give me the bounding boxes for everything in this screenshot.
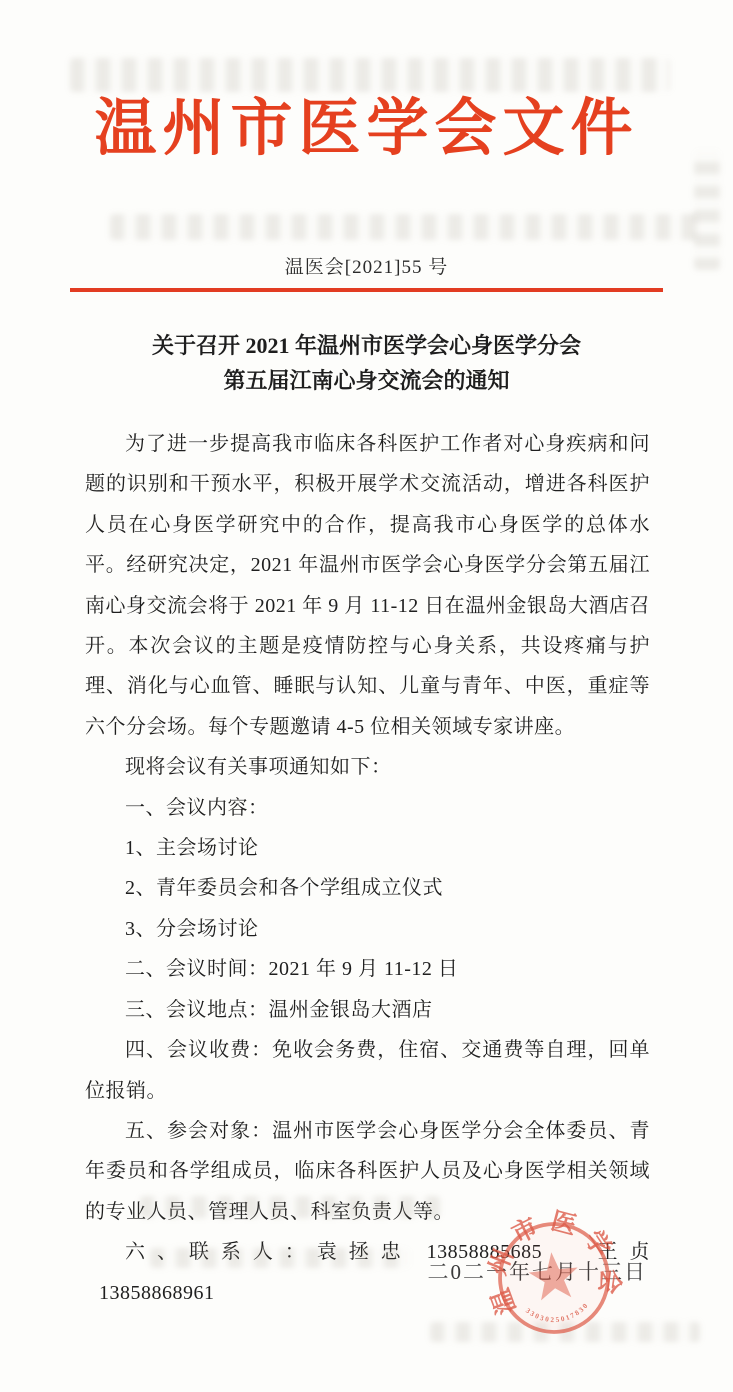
- body-paragraph: 2、青年委员会和各个学组成立仪式: [85, 868, 650, 908]
- document-page: 温州市医学会文件 温医会[2021]55 号 关于召开 2021 年温州市医学会…: [0, 0, 733, 1392]
- document-title-line2: 第五届江南心身交流会的通知: [0, 363, 733, 398]
- document-title: 关于召开 2021 年温州市医学会心身医学分会 第五届江南心身交流会的通知: [0, 328, 733, 398]
- official-seal: 温州市医学会 3303025017830: [470, 1194, 637, 1361]
- body-paragraph: 三、会议地点：温州金银岛大酒店: [85, 990, 650, 1030]
- body-paragraph: 3、分会场讨论: [85, 909, 650, 949]
- scan-artifact: [110, 214, 700, 240]
- red-divider-line: [70, 288, 663, 292]
- contact-name: 袁拯忠: [317, 1241, 413, 1263]
- document-title-line1: 关于召开 2021 年温州市医学会心身医学分会: [0, 328, 733, 363]
- body-paragraph: 二、会议时间：2021 年 9 月 11-12 日: [85, 949, 650, 989]
- document-header-title: 温州市医学会文件: [0, 0, 733, 160]
- doc-number: 温医会[2021]55 号: [0, 252, 733, 279]
- body-paragraph: 现将会议有关事项通知如下：: [85, 747, 650, 787]
- body-paragraph: 为了进一步提高我市临床各科医护工作者对心身疾病和问题的识别和干预水平，积极开展学…: [85, 424, 650, 747]
- contact-label: 六、联系人：: [125, 1241, 317, 1263]
- body-paragraph: 1、主会场讨论: [85, 828, 650, 868]
- body-paragraph: 一、会议内容：: [85, 788, 650, 828]
- body-paragraph: 四、会议收费：免收会务费，住宿、交通费等自理，回单位报销。: [85, 1030, 650, 1111]
- document-body: 为了进一步提高我市临床各科医护工作者对心身疾病和问题的识别和干预水平，积极开展学…: [0, 424, 733, 1313]
- contact-phone: 13858868961: [99, 1282, 215, 1304]
